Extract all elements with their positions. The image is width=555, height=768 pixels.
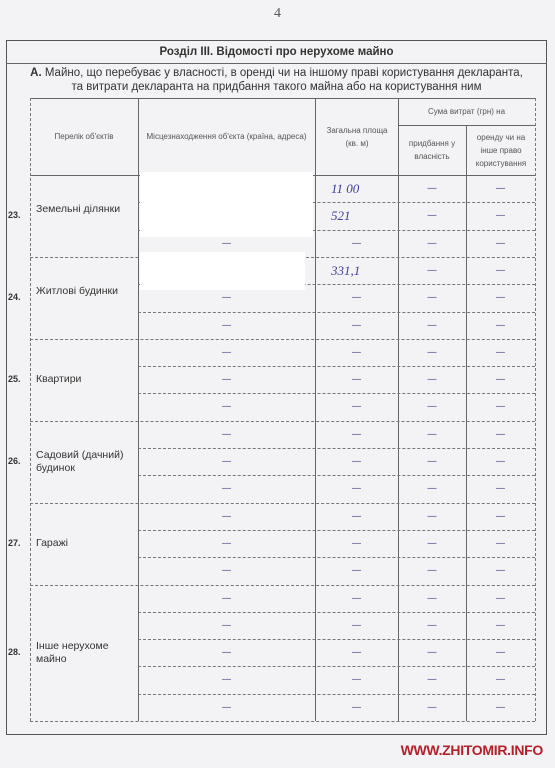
cell-rent: — bbox=[466, 666, 535, 693]
cell-location: — bbox=[138, 475, 315, 502]
cell-rent: — bbox=[466, 448, 535, 475]
cell-area: — bbox=[315, 557, 398, 584]
cell-purchase: — bbox=[398, 366, 466, 393]
cell-location: — bbox=[138, 312, 315, 339]
cell-purchase: — bbox=[398, 612, 466, 639]
table-top-border bbox=[30, 98, 535, 99]
cell-purchase: — bbox=[398, 639, 466, 666]
cell-purchase: — bbox=[398, 585, 466, 612]
cell-purchase: — bbox=[398, 694, 466, 721]
category-number: 28. bbox=[8, 647, 21, 657]
cell-purchase: — bbox=[398, 393, 466, 420]
category-number: 24. bbox=[8, 292, 21, 302]
cell-area: — bbox=[315, 612, 398, 639]
category-label: Квартири bbox=[36, 373, 131, 386]
cell-area: — bbox=[315, 448, 398, 475]
cell-purchase: — bbox=[398, 230, 466, 257]
cell-purchase: — bbox=[398, 257, 466, 284]
category-label: Інше нерухоме майно bbox=[36, 640, 131, 666]
cell-rent: — bbox=[466, 393, 535, 420]
cell-location: — bbox=[138, 339, 315, 366]
cell-rent: — bbox=[466, 230, 535, 257]
cell-location: — bbox=[138, 503, 315, 530]
column-line bbox=[535, 98, 536, 721]
cell-area: — bbox=[315, 339, 398, 366]
header-objects: Перелік об'єктів bbox=[30, 98, 138, 175]
cell-area: — bbox=[315, 475, 398, 502]
cell-rent: — bbox=[466, 475, 535, 502]
category-label: Гаражі bbox=[36, 537, 131, 550]
cell-location: — bbox=[138, 639, 315, 666]
cell-rent: — bbox=[466, 339, 535, 366]
category-number: 26. bbox=[8, 456, 21, 466]
cell-area: — bbox=[315, 694, 398, 721]
cell-purchase: — bbox=[398, 557, 466, 584]
cell-rent: — bbox=[466, 612, 535, 639]
cell-location: — bbox=[138, 530, 315, 557]
cell-purchase: — bbox=[398, 421, 466, 448]
header-purchase: придбання у власність bbox=[402, 125, 462, 175]
cell-area: 331,1 bbox=[315, 257, 398, 284]
cell-area: — bbox=[315, 366, 398, 393]
category-number: 27. bbox=[8, 538, 21, 548]
cell-area: — bbox=[315, 639, 398, 666]
cell-area: — bbox=[315, 585, 398, 612]
cell-rent: — bbox=[466, 175, 535, 202]
redacted-address-land bbox=[140, 172, 313, 237]
cell-purchase: — bbox=[398, 175, 466, 202]
cell-location: — bbox=[138, 557, 315, 584]
cell-rent: — bbox=[466, 557, 535, 584]
redacted-address-house bbox=[140, 252, 305, 290]
cell-area: — bbox=[315, 503, 398, 530]
cell-area: — bbox=[315, 421, 398, 448]
cell-area: 11 00 bbox=[315, 175, 398, 202]
header-location: Місцезнаходження об'єкта (країна, адреса… bbox=[138, 98, 315, 175]
header-area: Загальна площа (кв. м) bbox=[318, 98, 396, 175]
cell-rent: — bbox=[466, 257, 535, 284]
cell-purchase: — bbox=[398, 284, 466, 311]
cell-location: — bbox=[138, 421, 315, 448]
cell-purchase: — bbox=[398, 503, 466, 530]
cell-rent: — bbox=[466, 202, 535, 229]
cell-area: — bbox=[315, 312, 398, 339]
real-estate-table: Перелік об'єктів Місцезнаходження об'єкт… bbox=[0, 0, 555, 768]
cell-purchase: — bbox=[398, 530, 466, 557]
cell-rent: — bbox=[466, 503, 535, 530]
category-label: Житлові будинки bbox=[36, 285, 131, 298]
cell-purchase: — bbox=[398, 475, 466, 502]
header-rent: оренду чи на інше право користування bbox=[468, 125, 534, 175]
cell-location: — bbox=[138, 366, 315, 393]
cell-location: — bbox=[138, 393, 315, 420]
cell-area: — bbox=[315, 230, 398, 257]
cell-rent: — bbox=[466, 284, 535, 311]
cell-location: — bbox=[138, 585, 315, 612]
cell-rent: — bbox=[466, 530, 535, 557]
cell-location: — bbox=[138, 666, 315, 693]
cell-purchase: — bbox=[398, 666, 466, 693]
cell-area: — bbox=[315, 393, 398, 420]
cell-rent: — bbox=[466, 366, 535, 393]
cell-area: — bbox=[315, 666, 398, 693]
category-number: 25. bbox=[8, 374, 21, 384]
cell-area: — bbox=[315, 284, 398, 311]
category-label: Земельні ділянки bbox=[36, 203, 131, 216]
cell-location: — bbox=[138, 694, 315, 721]
cell-rent: — bbox=[466, 694, 535, 721]
cell-rent: — bbox=[466, 585, 535, 612]
cell-area: 521 bbox=[315, 202, 398, 229]
watermark: WWW.ZHITOMIR.INFO bbox=[401, 742, 543, 758]
category-label: Садовий (дачний) будинок bbox=[36, 449, 131, 475]
cell-purchase: — bbox=[398, 312, 466, 339]
cell-purchase: — bbox=[398, 202, 466, 229]
cell-rent: — bbox=[466, 312, 535, 339]
category-number: 23. bbox=[8, 210, 21, 220]
cell-rent: — bbox=[466, 421, 535, 448]
column-line bbox=[30, 98, 31, 721]
cell-area: — bbox=[315, 530, 398, 557]
cell-purchase: — bbox=[398, 448, 466, 475]
cell-purchase: — bbox=[398, 339, 466, 366]
cell-rent: — bbox=[466, 639, 535, 666]
category-divider bbox=[30, 721, 535, 722]
cell-location: — bbox=[138, 612, 315, 639]
header-expenses-group: Сума витрат (грн) на bbox=[398, 98, 535, 125]
cell-location: — bbox=[138, 448, 315, 475]
